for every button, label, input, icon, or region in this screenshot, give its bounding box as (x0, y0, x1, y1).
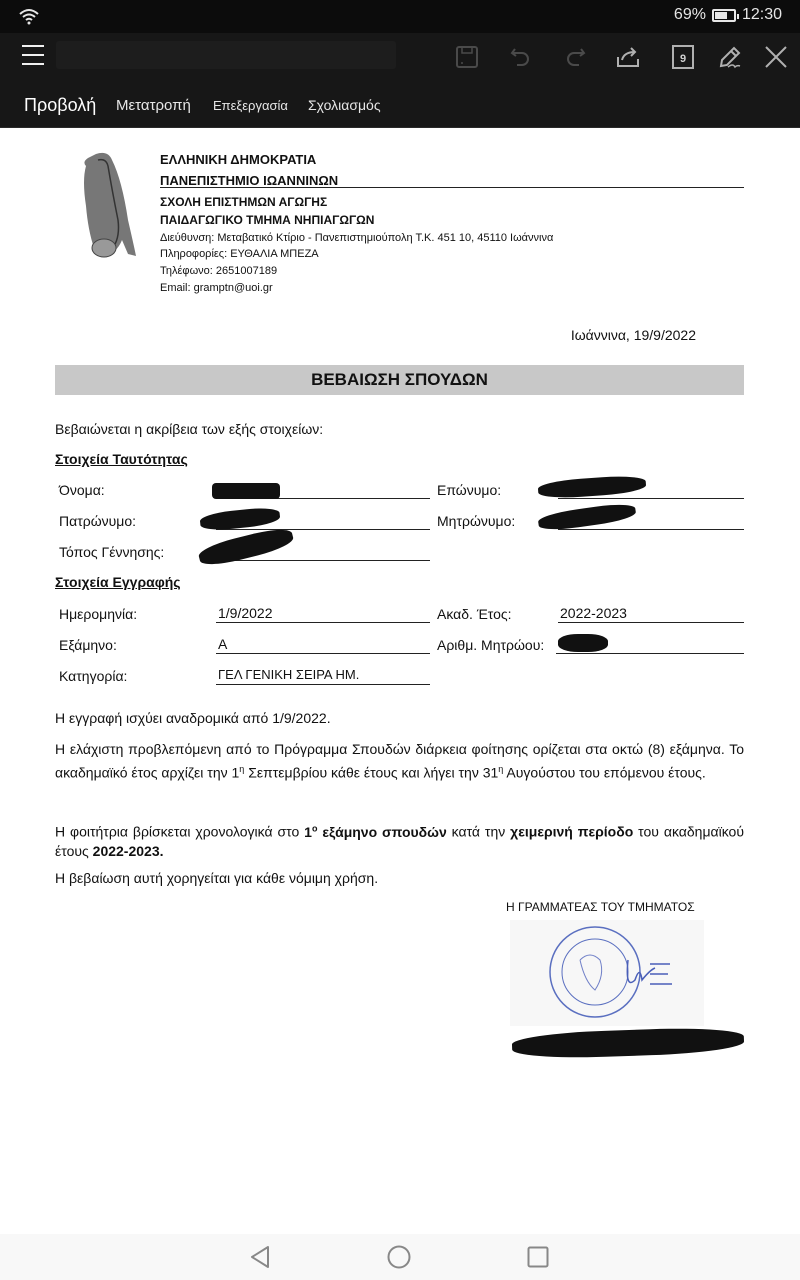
header-address: Διεύθυνση: Μεταβατικό Κτίριο - Πανεπιστη… (160, 232, 553, 244)
clock: 12:30 (742, 6, 782, 24)
signature-title: Η ΓΡΑΜΜΑΤΕΑΣ ΤΟΥ ΤΜΗΜΑΤΟΣ (506, 900, 695, 914)
page-count-icon[interactable]: 9 (669, 43, 697, 71)
status-bar: 69% 12:30 (0, 0, 800, 33)
battery-icon (712, 9, 736, 22)
first-name-label: Όνομα: (59, 482, 105, 498)
intro-text: Βεβαιώνεται η ακρίβεια των εξής στοιχείω… (55, 421, 323, 437)
redaction-mark (558, 634, 608, 652)
app-toolbar: 9 (0, 33, 800, 80)
stamp-area (510, 920, 704, 1026)
edit-pen-icon[interactable] (716, 43, 744, 71)
redaction-mark (212, 483, 280, 499)
recents-icon[interactable] (525, 1244, 551, 1270)
header-school: ΣΧΟΛΗ ΕΠΙΣΤΗΜΩΝ ΑΓΩΓΗΣ (160, 195, 327, 209)
registration-number-label: Αριθμ. Μητρώου: (437, 637, 544, 653)
document-title: ΒΕΒΑΙΩΣΗ ΣΠΟΥΔΩΝ (55, 365, 744, 395)
header-department: ΠΑΙΔΑΓΩΓΙΚΟ ΤΜΗΜΑ ΝΗΠΙΑΓΩΓΩΝ (160, 213, 374, 227)
share-icon[interactable] (614, 43, 642, 71)
semester-field: Α (216, 636, 430, 654)
system-nav-bar (0, 1234, 800, 1280)
header-university: ΠΑΝΕΠΙΣΤΗΜΙΟ ΙΩΑΝΝΙΝΩΝ (160, 173, 338, 188)
category-label: Κατηγορία: (59, 668, 127, 684)
official-stamp-icon (510, 920, 704, 1026)
header-divider (160, 187, 744, 188)
document-title-field[interactable] (56, 41, 396, 69)
semester-label: Εξάμηνο: (59, 637, 117, 653)
date-field: 1/9/2022 (216, 605, 430, 623)
academic-year-field: 2022-2023 (558, 605, 744, 623)
category-field: ΓΕΛ ΓΕΝΙΚΗ ΣΕΙΡΑ ΗΜ. (216, 667, 430, 685)
owl-logo-icon (78, 150, 138, 262)
battery-percent: 69% (674, 6, 706, 24)
semester-paragraph: Η φοιτήτρια βρίσκεται χρονολογικά στο 1ο… (55, 819, 744, 862)
menu-tabs: Προβολή Μετατροπή Επεξεργασία Σχολιασμός (0, 80, 800, 128)
father-name-label: Πατρώνυμο: (59, 513, 136, 529)
header-info: Πληροφορίες: ΕΥΘΑΛΙΑ ΜΠΕΖΑ (160, 248, 319, 260)
date-label: Ημερομηνία: (59, 606, 137, 622)
svg-text:9: 9 (680, 53, 686, 65)
duration-paragraph: Η ελάχιστη προβλεπόμενη από το Πρόγραμμα… (55, 740, 744, 783)
tab-view[interactable]: Προβολή (24, 95, 96, 116)
tab-convert[interactable]: Μετατροπή (116, 97, 191, 114)
tab-edit[interactable]: Επεξεργασία (213, 98, 288, 113)
undo-icon[interactable] (507, 43, 535, 71)
registration-heading: Στοιχεία Εγγραφής (55, 574, 181, 590)
redo-icon[interactable] (561, 43, 589, 71)
menu-icon[interactable] (22, 45, 44, 67)
birthplace-label: Τόπος Γέννησης: (59, 544, 164, 560)
legal-use-text: Η βεβαίωση αυτή χορηγείται για κάθε νόμι… (55, 870, 378, 886)
tab-annotate[interactable]: Σχολιασμός (308, 97, 381, 113)
header-email: Email: gramptn@uoi.gr (160, 282, 273, 294)
save-icon[interactable] (453, 43, 481, 71)
home-icon[interactable] (386, 1244, 412, 1270)
redaction-mark (512, 1026, 745, 1060)
header-republic: ΕΛΛΗΝΙΚΗ ΔΗΜΟΚΡΑΤΙΑ (160, 152, 316, 167)
close-icon[interactable] (762, 43, 790, 71)
mother-name-label: Μητρώνυμο: (437, 513, 515, 529)
place-date: Ιωάννινα, 19/9/2022 (571, 327, 696, 343)
last-name-label: Επώνυμο: (437, 482, 501, 498)
header-phone: Τηλέφωνο: 2651007189 (160, 265, 277, 277)
identity-heading: Στοιχεία Ταυτότητας (55, 451, 188, 467)
document-page: ΕΛΛΗΝΙΚΗ ΔΗΜΟΚΡΑΤΙΑ ΠΑΝΕΠΙΣΤΗΜΙΟ ΙΩΑΝΝΙΝ… (0, 128, 800, 1234)
wifi-icon (18, 7, 40, 27)
academic-year-label: Ακαδ. Έτος: (437, 606, 512, 622)
back-icon[interactable] (248, 1244, 274, 1270)
retroactive-text: Η εγγραφή ισχύει αναδρομικά από 1/9/2022… (55, 710, 331, 726)
redaction-mark (197, 525, 295, 570)
